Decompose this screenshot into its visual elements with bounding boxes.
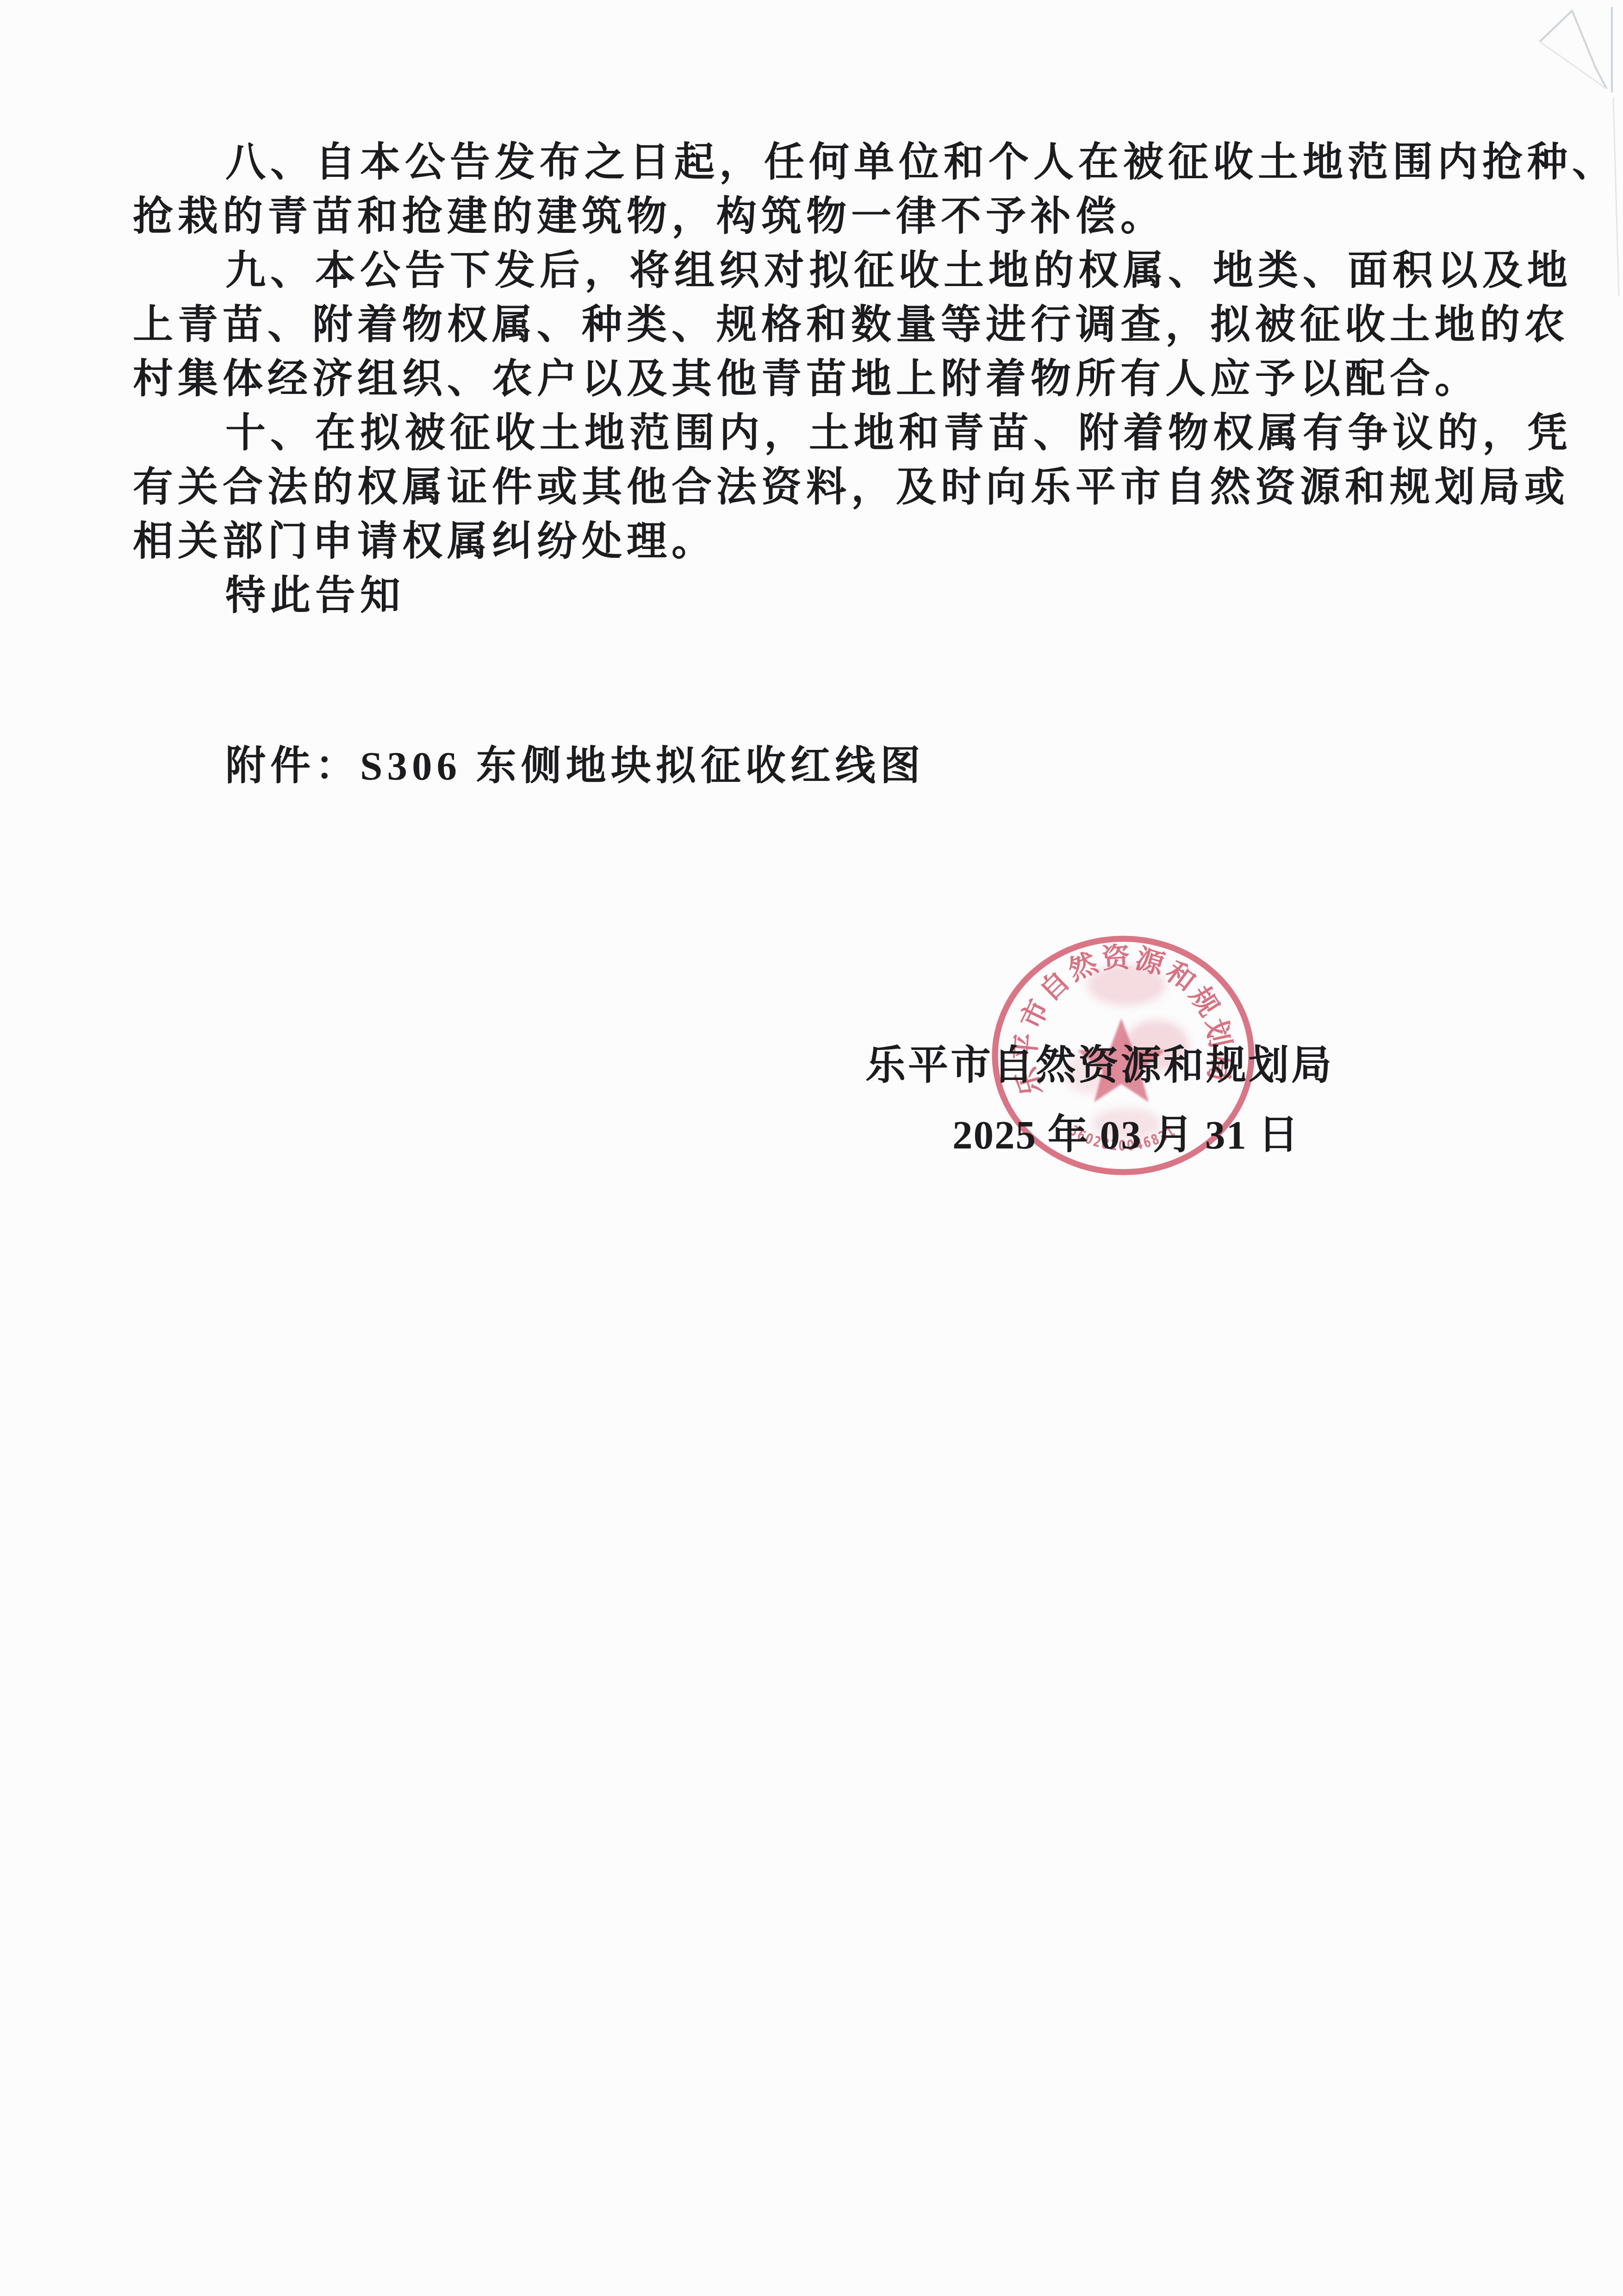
body-line: 抢栽的青苗和抢建的建筑物，构筑物一律不予补偿。 — [133, 189, 1514, 243]
attachment-line: 附件：S306 东侧地块拟征收红线图 — [133, 739, 1514, 793]
body-line: 有关合法的权属证件或其他合法资料，及时向乐平市自然资源和规划局或 — [133, 460, 1514, 514]
document-page: 乐平市自然资源和规划局 3602810046831 八、自本公告发布之日起，任何… — [0, 0, 1623, 2296]
body-line: 村集体经济组织、农户以及其他青苗地上附着物所有人应予以配合。 — [133, 352, 1514, 406]
signature-agency: 乐平市自然资源和规划局 — [865, 1042, 1334, 1089]
body-line: 九、本公告下发后，将组织对拟征收土地的权属、地类、面积以及地 — [133, 243, 1514, 298]
body-line: 相关部门申请权属纠纷处理。 — [133, 514, 1514, 568]
notice-body: 八、自本公告发布之日起，任何单位和个人在被征收土地范围内抢种、 抢栽的青苗和抢建… — [133, 135, 1514, 623]
body-line: 十、在拟被征收土地范围内，土地和青苗、附着物权属有争议的，凭 — [133, 406, 1514, 460]
body-line: 特此告知 — [133, 568, 1514, 623]
signature-date: 2025 年 03 月 31 日 — [952, 1112, 1300, 1158]
body-line: 八、自本公告发布之日起，任何单位和个人在被征收土地范围内抢种、 — [133, 135, 1514, 189]
page-edge-shadow — [1613, 97, 1619, 296]
fold-crease-line — [1540, 11, 1607, 89]
fold-crease-line-faint — [1540, 42, 1607, 89]
body-line: 上青苗、附着物权属、种类、规格和数量等进行调查，拟被征收土地的农 — [133, 298, 1514, 352]
